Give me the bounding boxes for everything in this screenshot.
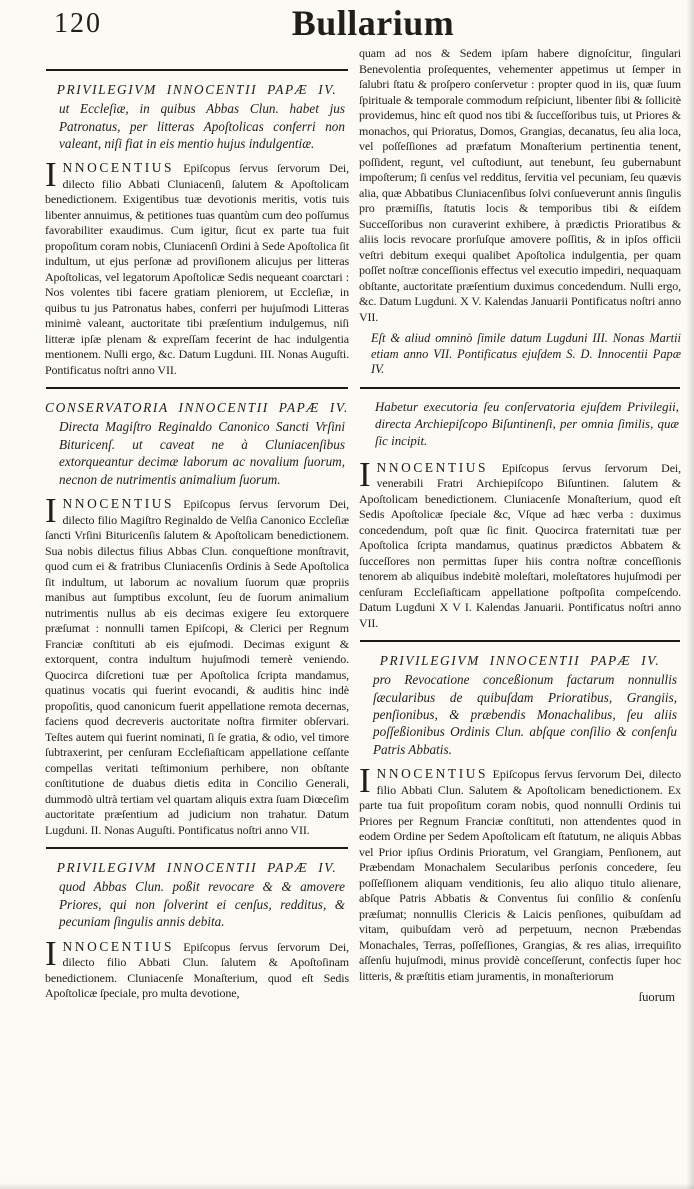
drop-cap: I	[359, 460, 377, 489]
opening-word: NNOCENTIUS	[63, 160, 175, 175]
section-body: INNOCENTIUS Epiſcopus ſervus ſervorum De…	[359, 766, 681, 984]
section-heading-subtitle: quod Abbas Clun. poßit revocare & & amov…	[59, 878, 345, 930]
section-body: INNOCENTIUS Epiſcopus ſervus ſervorum De…	[359, 460, 681, 632]
body-text: Epiſcopus ſervus ſervorum Dei, dilecto f…	[45, 161, 349, 377]
catchword: ſuorum	[359, 990, 675, 1005]
section-divider	[46, 847, 348, 849]
right-column: quam ad nos & Sedem ipſam habere dignoſc…	[359, 46, 681, 1005]
left-column: PRIVILEGIVM INNOCENTII PAPÆ IV. ut Eccle…	[45, 60, 349, 1008]
section-body: INNOCENTIUS Epiſcopus ſervus ſervorum De…	[45, 939, 349, 1002]
section-body: INNOCENTIUS Epiſcopus ſervus ſervorum De…	[45, 496, 349, 838]
page-title: Bullarium	[26, 2, 694, 44]
section-heading: PRIVILEGIVM INNOCENTII PAPÆ IV. quod Abb…	[45, 859, 349, 930]
scanned-book-page: { "page": { "number": "120", "title": "B…	[0, 0, 694, 1189]
section-divider	[360, 387, 680, 389]
opening-word: NNOCENTIUS	[377, 766, 489, 781]
body-text: Epiſcopus ſervus ſervorum Dei, dilecto f…	[359, 767, 681, 983]
section-heading: PRIVILEGIVM INNOCENTII PAPÆ IV. pro Revo…	[359, 652, 681, 758]
section-heading: PRIVILEGIVM INNOCENTII PAPÆ IV. ut Eccle…	[45, 81, 349, 152]
body-text: Epiſcopus ſervus ſervorum Dei, venerabil…	[359, 461, 681, 630]
executoria-heading: Habetur executoria ſeu conſervatoria eju…	[375, 399, 679, 450]
section-heading-title: PRIVILEGIVM INNOCENTII PAPÆ IV.	[359, 652, 681, 670]
continuation-paragraph: quam ad nos & Sedem ipſam habere dignoſc…	[359, 46, 681, 325]
section-heading-title: PRIVILEGIVM INNOCENTII PAPÆ IV.	[45, 859, 349, 877]
section-heading-subtitle: Directa Magiſtro Reginaldo Canonico Sanc…	[59, 418, 345, 488]
section-heading: CONSERVATORIA INNOCENTII PAPÆ IV. Direct…	[45, 399, 349, 488]
section-heading-subtitle: ut Eccleſiæ, in quibus Abbas Clun. habet…	[59, 100, 345, 152]
opening-word: NNOCENTIUS	[63, 496, 175, 511]
section-divider	[46, 387, 348, 389]
section-divider	[360, 640, 680, 642]
drop-cap: I	[45, 496, 63, 525]
note-paragraph: Eſt & aliud omninò ſimile datum Lugduni …	[371, 331, 681, 378]
section-heading-subtitle: pro Revocatione conceßionum factarum non…	[373, 671, 677, 758]
opening-word: NNOCENTIUS	[63, 939, 175, 954]
body-text: Epiſcopus ſervus ſervorum Dei, dilecto f…	[45, 497, 349, 837]
drop-cap: I	[45, 160, 63, 189]
section-heading-title: CONSERVATORIA INNOCENTII PAPÆ IV.	[45, 399, 349, 417]
section-heading-title: PRIVILEGIVM INNOCENTII PAPÆ IV.	[45, 81, 349, 99]
header-rule	[46, 69, 348, 71]
section-body: INNOCENTIUS Epiſcopus ſervus ſervorum De…	[45, 160, 349, 378]
scan-bottom-artifact	[0, 1183, 694, 1189]
drop-cap: I	[45, 939, 63, 968]
scan-edge-artifact	[686, 0, 694, 1189]
opening-word: NNOCENTIUS	[377, 460, 489, 475]
drop-cap: I	[359, 766, 377, 795]
